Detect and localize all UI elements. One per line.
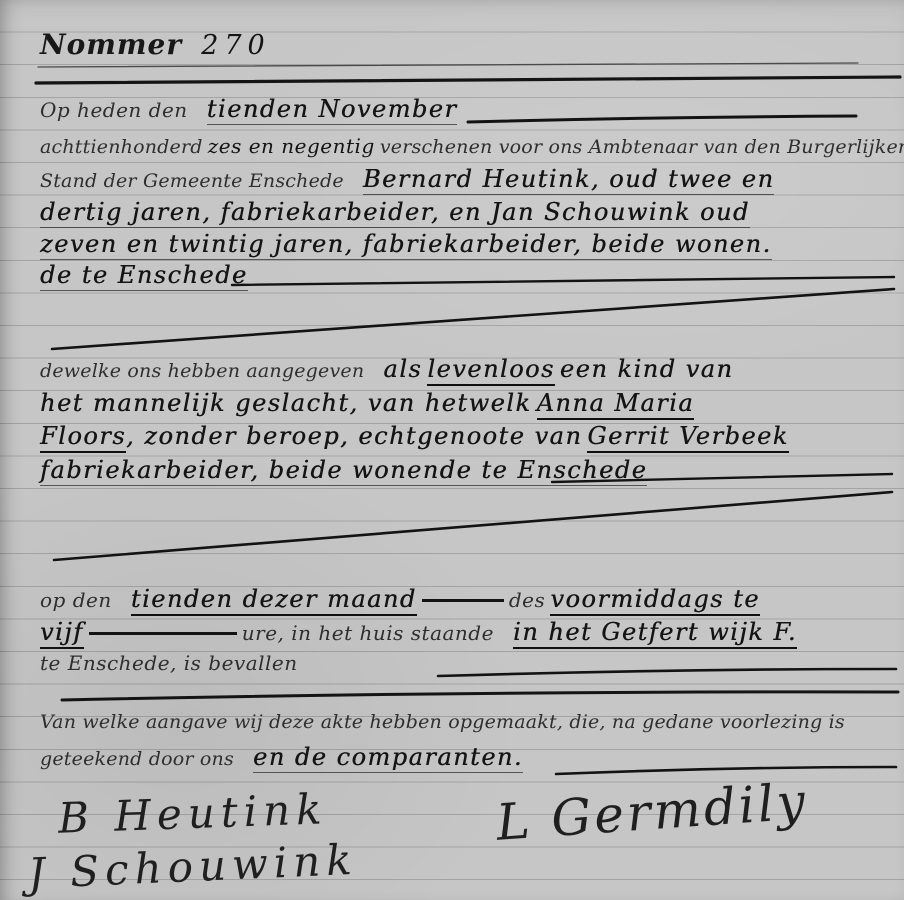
form-text-van-welke-aangave: Van welke aangave wij deze akte hebben o… (40, 711, 845, 733)
entry-mother-surname: Floors (40, 422, 126, 453)
entry-hour: vijf (40, 618, 84, 649)
blank-fill-line (89, 632, 237, 635)
entry-date-day-month: tienden November (207, 95, 458, 125)
signature-registrar: L Germdily (494, 772, 809, 852)
p3-line1: op den tienden dezer maand des voormidda… (40, 585, 898, 613)
entry-mother-occupation: , zonder beroep, echtgenoote van (126, 422, 582, 450)
signature-witness1: B Heutink (57, 784, 328, 842)
entry-en-de-comparanten: en de comparanten. (253, 743, 523, 773)
p4-line2: geteekend door ons en de comparanten. (40, 743, 898, 771)
p1-line4: dertig jaren, fabriekarbeider, en Jan Sc… (40, 198, 898, 226)
form-text-dewelke: dewelke ons hebben aangegeven (40, 360, 364, 382)
entry-father-name: Gerrit Verbeek (587, 422, 788, 453)
entry-witness1-occupation-witness2: dertig jaren, fabriekarbeider, en Jan Sc… (40, 198, 750, 228)
p1-line6: de te Enschede (40, 261, 898, 289)
form-text-is-bevallen: te Enschede, is bevallen (40, 651, 298, 675)
form-text-op-den: op den (40, 588, 112, 612)
form-text-verschenen: verschenen voor ons Ambtenaar van den Bu… (380, 136, 904, 158)
entry-mother-firstnames: Anna Maria (537, 389, 695, 420)
form-text-achttienhonderd: achttienhonderd (40, 136, 203, 158)
form-text-ure-huis: ure, in het huis staande (242, 621, 494, 645)
entry-delivery-day: tienden dezer maand (131, 585, 417, 616)
p2-line3: Floors, zonder beroep, echtgenoote van G… (40, 422, 898, 450)
p2-line2: het mannelijk geslacht, van hetwelk Anna… (40, 389, 898, 417)
entry-time-of-day: voormiddags te (550, 585, 760, 616)
entry-een-kind-van: een kind van (560, 355, 733, 383)
signature-witness2: J Schouwink (27, 835, 359, 898)
entry-witness1-name-age: Bernard Heutink, oud twee en (363, 165, 775, 195)
entry-witness2-age-occupation: zeven en twintig jaren, fabriekarbeider,… (40, 230, 772, 260)
blank-fill-line (422, 599, 504, 602)
p1-line2: achttienhonderd zes en negentig verschen… (40, 134, 898, 158)
civil-registry-act-scan: Nommer 270 Op heden den tienden November… (0, 0, 904, 900)
entry-father-occupation-residence: fabriekarbeider, beide wonende te Ensche… (40, 456, 647, 486)
entry-witnesses-residence: de te Enschede (40, 261, 248, 291)
entry-year: zes en negentig (208, 134, 375, 158)
act-number-value: 270 (201, 30, 271, 61)
p3-line2: vijf ure, in het huis staande in het Get… (40, 618, 898, 646)
entry-als: als (383, 355, 422, 383)
p2-line4: fabriekarbeider, beide wonende te Ensche… (40, 456, 898, 484)
p1-line5: zeven en twintig jaren, fabriekarbeider,… (40, 230, 898, 258)
act-number-row: Nommer 270 (40, 28, 898, 61)
p2-line1: dewelke ons hebben aangegeven als levenl… (40, 355, 898, 383)
act-number-label: Nommer (40, 28, 182, 61)
form-text-des: des (509, 588, 545, 612)
form-text-geteekend: geteekend door ons (40, 748, 234, 770)
p4-line1: Van welke aangave wij deze akte hebben o… (40, 711, 898, 733)
p3-line3: te Enschede, is bevallen (40, 651, 898, 675)
form-text-op-heden-den: Op heden den (40, 98, 188, 122)
p1-line1: Op heden den tienden November (40, 95, 898, 123)
entry-child-sex: het mannelijk geslacht, van hetwelk (40, 389, 531, 417)
form-text-stand-gemeente: Stand der Gemeente Enschede (40, 170, 344, 192)
entry-house-location: in het Getfert wijk F. (513, 618, 797, 649)
entry-levenloos: levenloos (427, 355, 555, 386)
p1-line3: Stand der Gemeente Enschede Bernard Heut… (40, 165, 898, 193)
